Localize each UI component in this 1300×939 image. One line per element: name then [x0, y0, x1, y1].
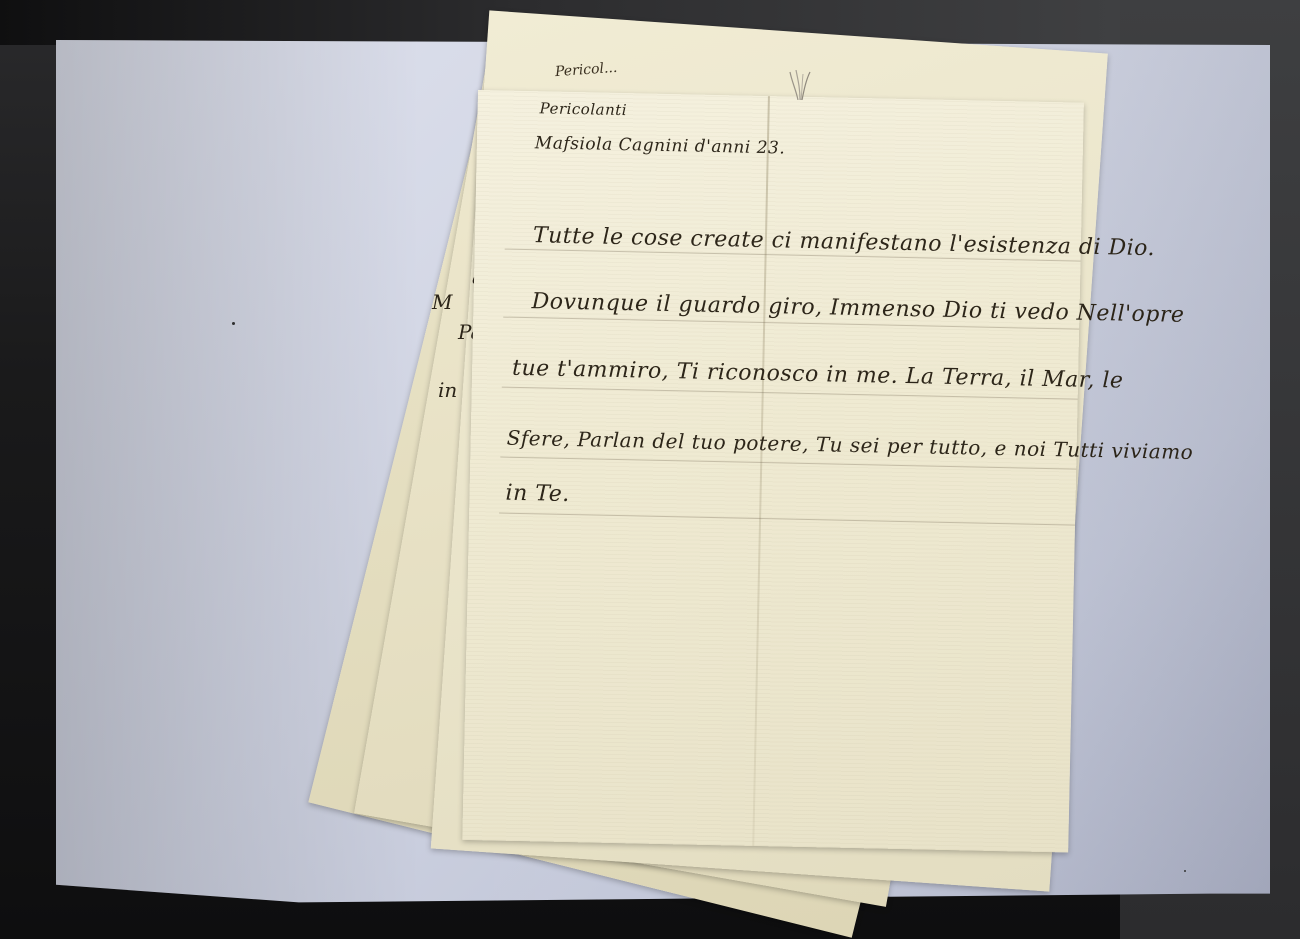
- fragment-text: in: [438, 378, 457, 402]
- speck: [1184, 870, 1186, 872]
- fragment-text: M: [432, 290, 452, 314]
- page-heading-label: Pericolanti: [539, 99, 627, 119]
- page-heading-name: Mafsiola Cagnini d'anni 23.: [535, 133, 786, 158]
- binding-thread-icon: [788, 70, 812, 100]
- manuscript-page-front: Pericolanti Mafsiola Cagnini d'anni 23. …: [462, 90, 1084, 853]
- text-line-5: in Te.: [505, 481, 570, 507]
- speck: [232, 322, 235, 325]
- ruled-line: [499, 513, 1075, 526]
